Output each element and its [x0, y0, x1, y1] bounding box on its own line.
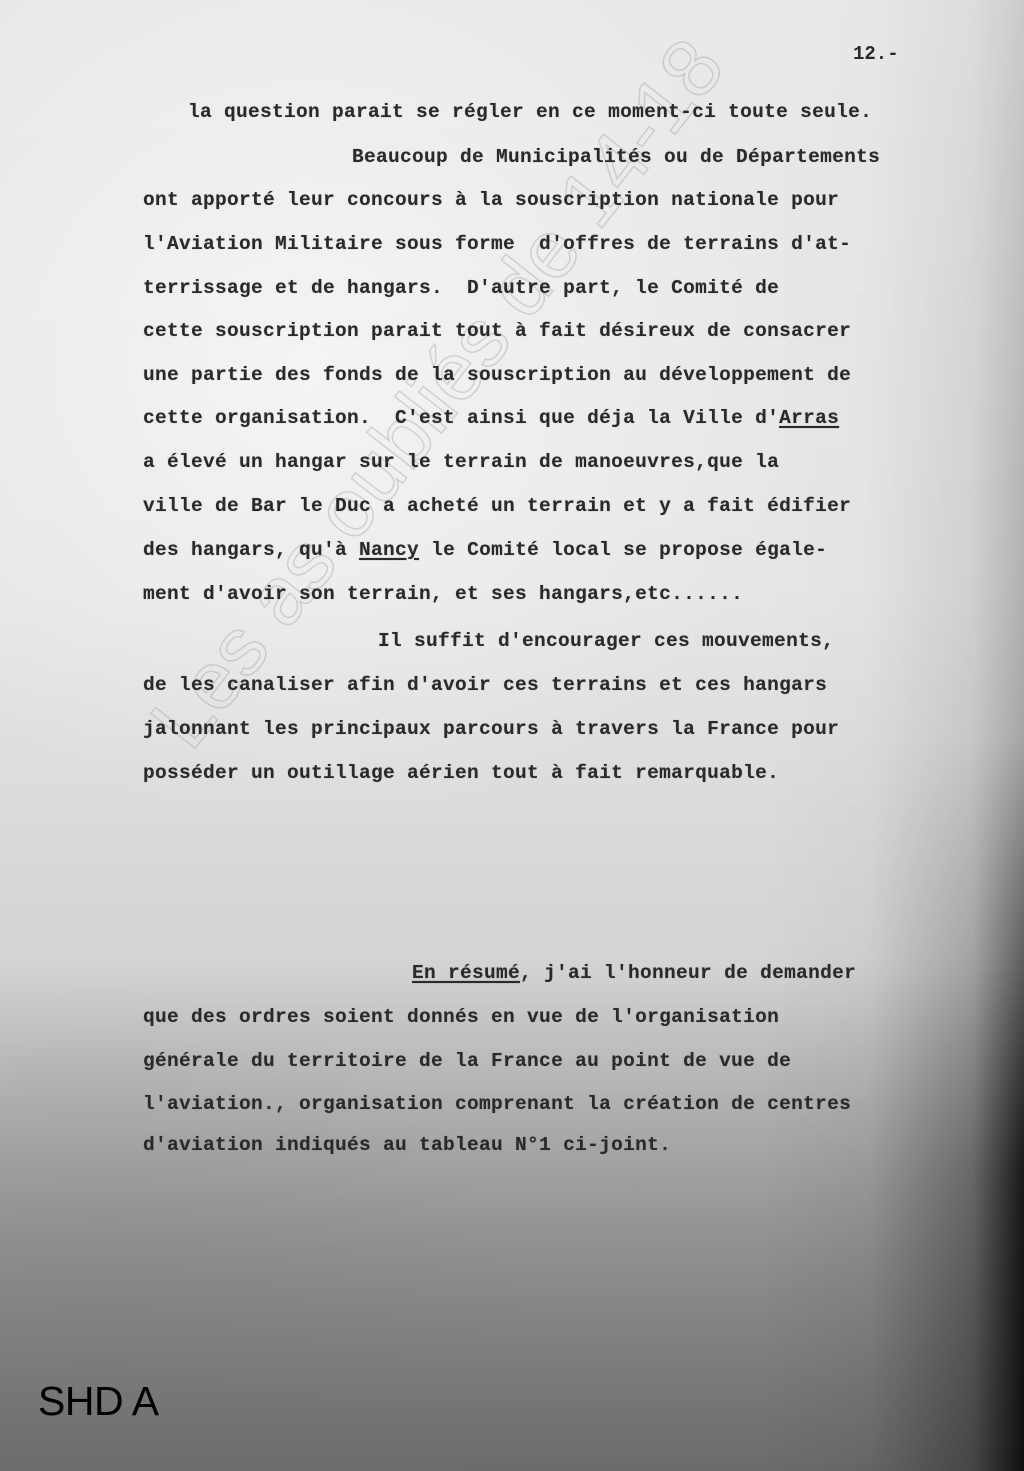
- text-segment: , j'ai l'honneur de demander: [520, 962, 856, 984]
- text-line: une partie des fonds de la souscription …: [143, 364, 851, 386]
- text-segment: cette organisation. C'est ainsi que déja…: [143, 407, 779, 429]
- underlined-place-arras: Arras: [779, 407, 839, 429]
- text-line: terrissage et de hangars. D'autre part, …: [143, 277, 779, 299]
- text-line: que des ordres soient donnés en vue de l…: [143, 1006, 779, 1028]
- text-line: d'aviation indiqués au tableau N°1 ci-jo…: [143, 1134, 671, 1156]
- text-line: En résumé, j'ai l'honneur de demander: [412, 962, 856, 984]
- underlined-place-nancy: Nancy: [359, 539, 419, 561]
- underlined-lead-en-resume: En résumé: [412, 962, 520, 984]
- text-line: de les canaliser afin d'avoir ces terrai…: [143, 674, 827, 696]
- text-segment: des hangars, qu'à: [143, 539, 359, 561]
- text-line: générale du territoire de la France au p…: [143, 1050, 791, 1072]
- archive-source-label: SHD A: [38, 1378, 159, 1425]
- text-line: cette organisation. C'est ainsi que déja…: [143, 407, 839, 429]
- text-line: des hangars, qu'à Nancy le Comité local …: [143, 539, 827, 561]
- text-line: jalonnant les principaux parcours à trav…: [143, 718, 839, 740]
- text-line: Il suffit d'encourager ces mouvements,: [378, 630, 834, 652]
- text-line: ment d'avoir son terrain, et ses hangars…: [143, 583, 743, 605]
- text-line: cette souscription parait tout à fait dé…: [143, 320, 851, 342]
- text-line: Beaucoup de Municipalités ou de Départem…: [352, 146, 880, 168]
- text-line: ville de Bar le Duc a acheté un terrain …: [143, 495, 851, 517]
- text-line: la question parait se régler en ce momen…: [188, 101, 872, 123]
- text-line: posséder un outillage aérien tout à fait…: [143, 762, 779, 784]
- text-line: ont apporté leur concours à la souscript…: [143, 189, 839, 211]
- text-segment: le Comité local se propose égale-: [419, 539, 827, 561]
- text-line: l'aviation., organisation comprenant la …: [143, 1093, 851, 1115]
- page-number: 12.-: [853, 43, 899, 65]
- text-line: l'Aviation Militaire sous forme d'offres…: [143, 233, 851, 255]
- text-line: a élevé un hangar sur le terrain de mano…: [143, 451, 779, 473]
